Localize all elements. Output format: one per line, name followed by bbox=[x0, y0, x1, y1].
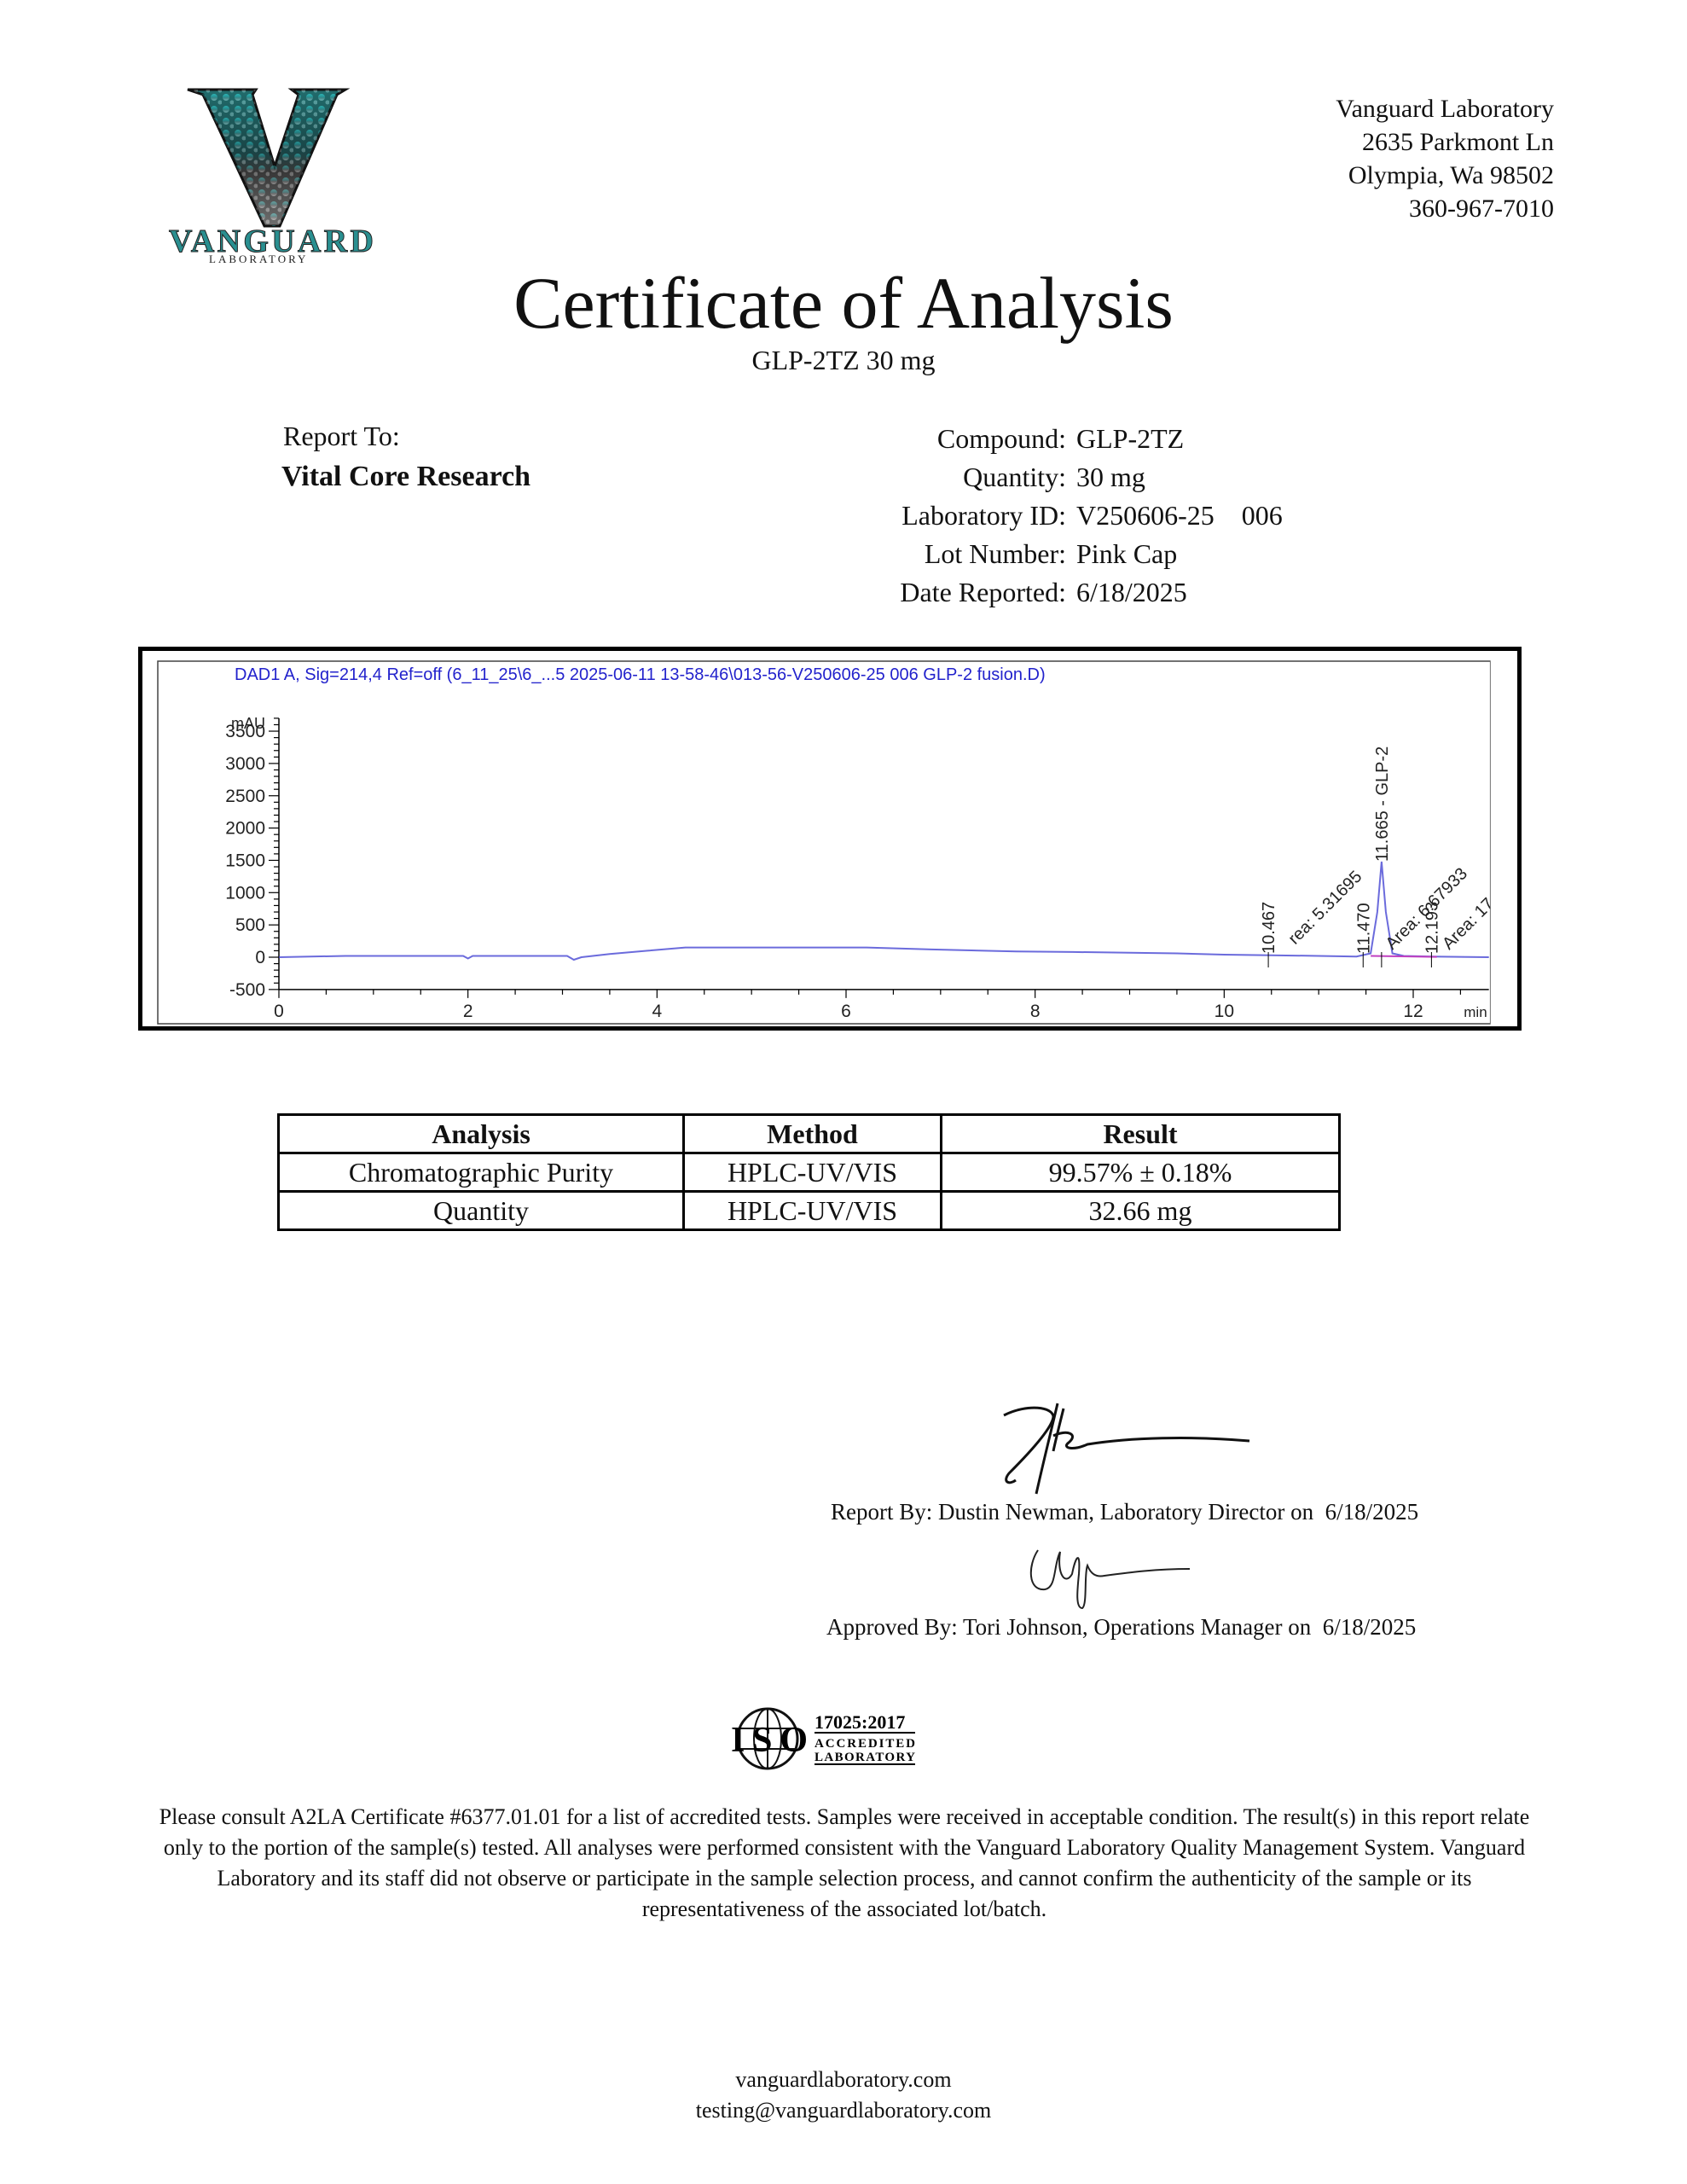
table-header-row: Analysis Method Result bbox=[279, 1115, 1340, 1153]
header-result: Result bbox=[942, 1115, 1340, 1153]
cell-result: 32.66 mg bbox=[942, 1192, 1340, 1230]
info-label: Date Reported: bbox=[768, 573, 1076, 612]
header-analysis: Analysis bbox=[279, 1115, 684, 1153]
iso-mark: ISO bbox=[731, 1721, 808, 1760]
info-value: 6/18/2025 bbox=[1076, 573, 1187, 612]
info-value: V250606-25 006 bbox=[1076, 497, 1283, 535]
svg-text:500: 500 bbox=[235, 915, 265, 935]
vanguard-logo: VANGUARD LABORATORY bbox=[162, 81, 384, 264]
peak-label: 11.665 - GLP-2 bbox=[1373, 746, 1392, 862]
info-label: Compound: bbox=[768, 420, 1076, 458]
svg-text:1000: 1000 bbox=[225, 883, 265, 903]
svg-text:10: 10 bbox=[1215, 1002, 1234, 1021]
header-method: Method bbox=[684, 1115, 942, 1153]
footer-email[interactable]: testing@vanguardlaboratory.com bbox=[0, 2095, 1687, 2126]
svg-text:2500: 2500 bbox=[225, 787, 265, 806]
info-value: GLP-2TZ bbox=[1076, 420, 1184, 458]
chromatogram: DAD1 A, Sig=214,4 Ref=off (6_11_25\6_...… bbox=[142, 651, 1517, 1026]
footer-website[interactable]: vanguardlaboratory.com bbox=[0, 2065, 1687, 2095]
signal-trace bbox=[279, 862, 1489, 960]
lab-address: Vanguard Laboratory 2635 Parkmont Ln Oly… bbox=[1336, 92, 1554, 225]
info-row-lab-id: Laboratory ID:V250606-25 006 bbox=[768, 497, 1283, 535]
page-title: Certificate of Analysis bbox=[0, 260, 1687, 346]
info-row-quantity: Quantity:30 mg bbox=[768, 458, 1283, 497]
report-by-line: Report By: Dustin Newman, Laboratory Dir… bbox=[831, 1499, 1418, 1525]
info-value: Pink Cap bbox=[1076, 535, 1177, 573]
results-table: Analysis Method Result Chromatographic P… bbox=[277, 1113, 1341, 1231]
disclaimer: Please consult A2LA Certificate #6377.01… bbox=[145, 1802, 1544, 1925]
lab-name: Vanguard Laboratory bbox=[1336, 92, 1554, 125]
chart-title: DAD1 A, Sig=214,4 Ref=off (6_11_25\6_...… bbox=[235, 665, 1046, 684]
report-to-label: Report To: bbox=[283, 421, 400, 452]
lab-city: Olympia, Wa 98502 bbox=[1336, 159, 1554, 192]
info-row-compound: Compound:GLP-2TZ bbox=[768, 420, 1283, 458]
svg-text:mAU: mAU bbox=[231, 715, 265, 732]
svg-text:-500: -500 bbox=[229, 980, 265, 1000]
svg-text:4: 4 bbox=[652, 1002, 662, 1021]
approved-by-line: Approved By: Tori Johnson, Operations Ma… bbox=[826, 1614, 1416, 1641]
svg-text:min: min bbox=[1464, 1004, 1487, 1020]
cell-method: HPLC-UV/VIS bbox=[684, 1153, 942, 1192]
svg-text:0: 0 bbox=[274, 1002, 284, 1021]
svg-text:2: 2 bbox=[463, 1002, 473, 1021]
footer: vanguardlaboratory.com testing@vanguardl… bbox=[0, 2065, 1687, 2126]
iso-accredited: ACCREDITED bbox=[815, 1737, 915, 1751]
cell-analysis: Quantity bbox=[279, 1192, 684, 1230]
cell-analysis: Chromatographic Purity bbox=[279, 1153, 684, 1192]
signature-tori-johnson bbox=[1028, 1540, 1215, 1617]
cell-method: HPLC-UV/VIS bbox=[684, 1192, 942, 1230]
lab-street: 2635 Parkmont Ln bbox=[1336, 125, 1554, 159]
info-label: Quantity: bbox=[768, 458, 1076, 497]
svg-text:2000: 2000 bbox=[225, 819, 265, 839]
peak-label: 11.470 bbox=[1354, 903, 1373, 954]
iso-standard: 17025:2017 bbox=[815, 1711, 905, 1733]
info-label: Laboratory ID: bbox=[768, 497, 1076, 535]
signature-dustin-newman bbox=[994, 1395, 1275, 1506]
svg-text:1500: 1500 bbox=[225, 851, 265, 870]
info-row-lot: Lot Number:Pink Cap bbox=[768, 535, 1283, 573]
page-subtitle: GLP-2TZ 30 mg bbox=[0, 345, 1687, 376]
svg-text:6: 6 bbox=[841, 1002, 851, 1021]
info-label: Lot Number: bbox=[768, 535, 1076, 573]
iso-accreditation-badge: ISO 17025:2017 ACCREDITED LABORATORY bbox=[721, 1705, 925, 1773]
svg-text:3000: 3000 bbox=[225, 754, 265, 774]
iso-laboratory: LABORATORY bbox=[815, 1751, 915, 1764]
table-row: Quantity HPLC-UV/VIS 32.66 mg bbox=[279, 1192, 1340, 1230]
svg-text:12: 12 bbox=[1403, 1002, 1423, 1021]
table-row: Chromatographic Purity HPLC-UV/VIS 99.57… bbox=[279, 1153, 1340, 1192]
cell-result: 99.57% ± 0.18% bbox=[942, 1153, 1340, 1192]
lab-phone: 360-967-7010 bbox=[1336, 192, 1554, 225]
svg-text:0: 0 bbox=[255, 948, 265, 967]
integration-baseline bbox=[1371, 955, 1437, 956]
peak-label: 10.467 bbox=[1260, 902, 1278, 954]
info-row-date: Date Reported:6/18/2025 bbox=[768, 573, 1283, 612]
svg-text:8: 8 bbox=[1030, 1002, 1041, 1021]
info-value: 30 mg bbox=[1076, 458, 1145, 497]
client-name: Vital Core Research bbox=[281, 461, 530, 493]
sample-info: Compound:GLP-2TZ Quantity:30 mg Laborato… bbox=[768, 420, 1283, 612]
area-annotation: rea: 5.31695 bbox=[1284, 868, 1365, 949]
